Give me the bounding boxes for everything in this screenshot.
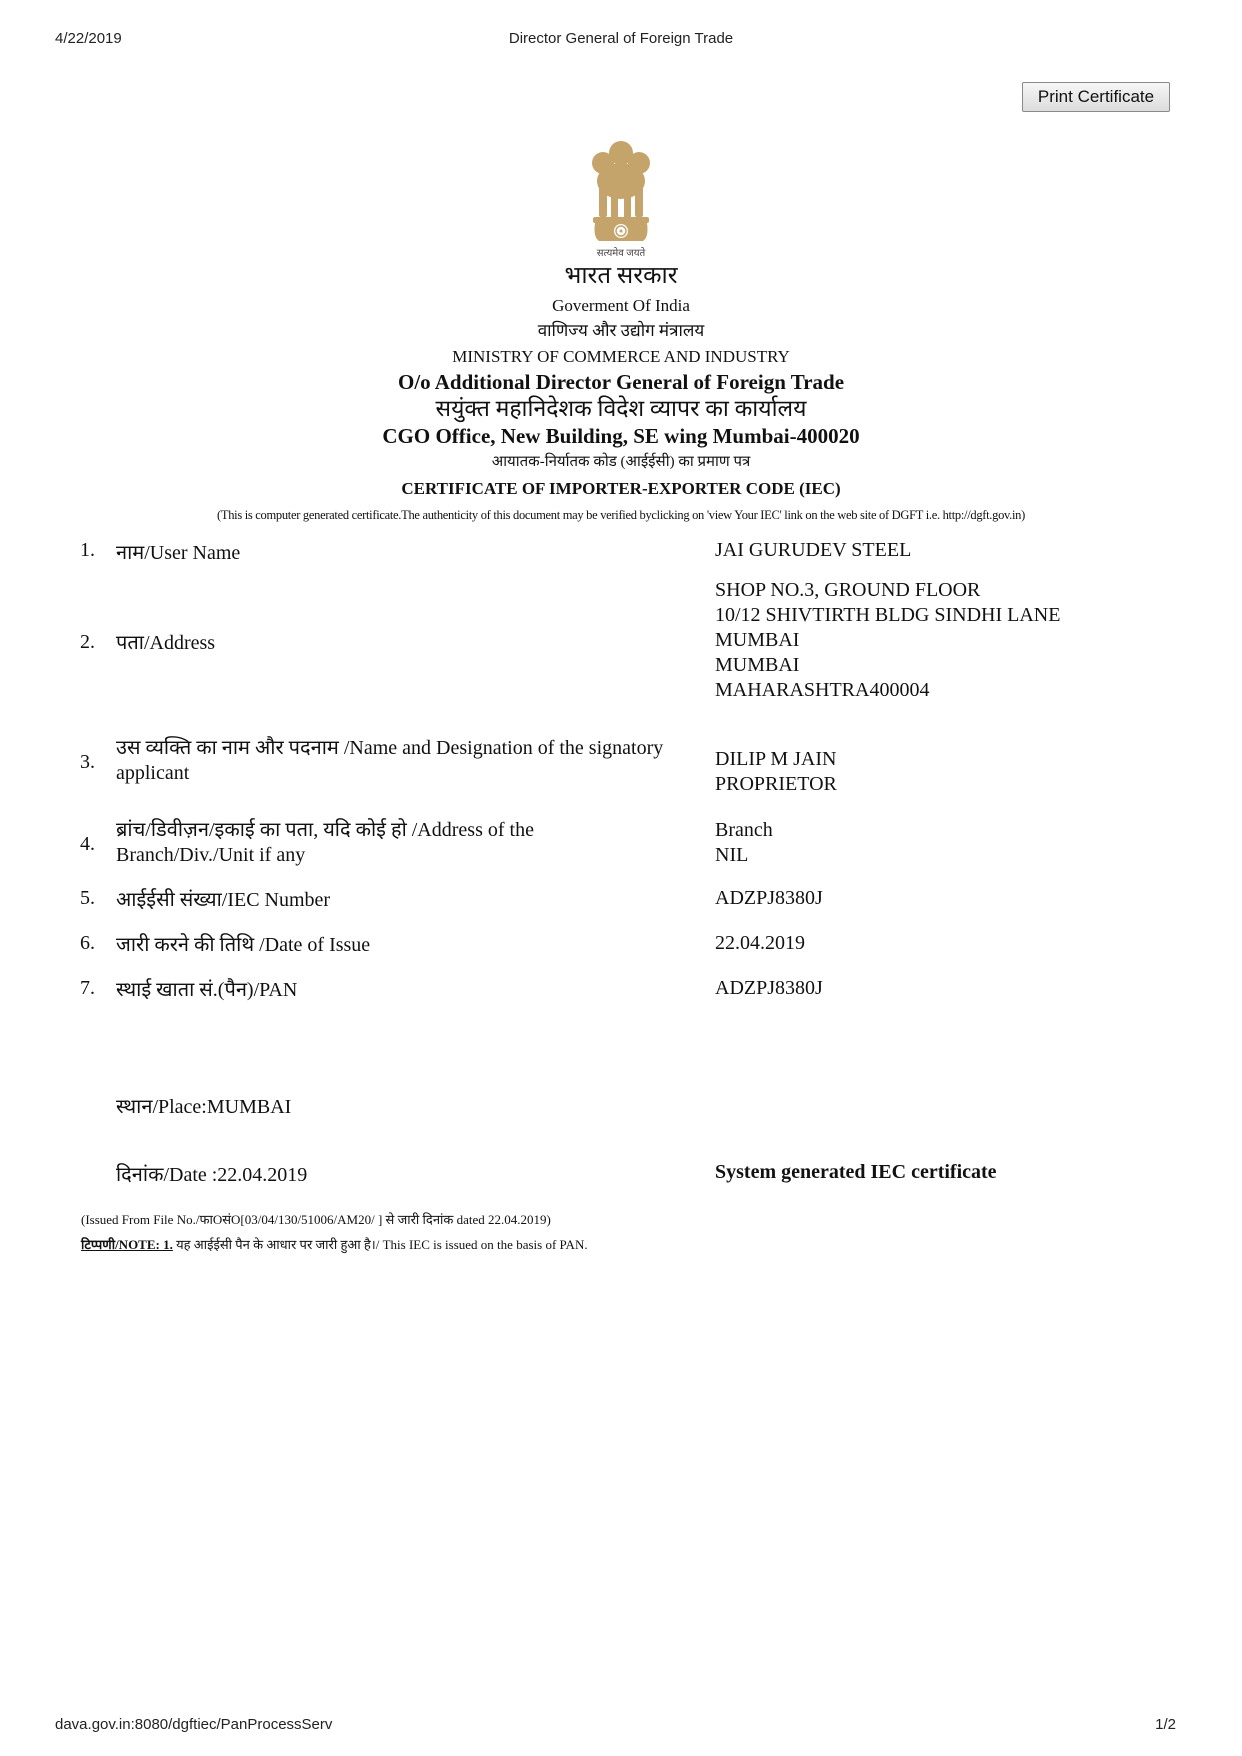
signatory-designation: PROPRIETOR (715, 772, 1215, 797)
office-english: O/o Additional Director General of Forei… (0, 369, 1242, 395)
field-label: आईईसी संख्या/IEC Number (116, 888, 676, 913)
address-line: 10/12 SHIVTIRTH BLDG SINDHI LANE (715, 603, 1215, 628)
address-line: MAHARASHTRA400004 (715, 678, 1215, 703)
certificate-title-english: CERTIFICATE OF IMPORTER-EXPORTER CODE (I… (0, 477, 1242, 501)
state-emblem-icon (585, 133, 657, 248)
gov-hindi: भारत सरकार (0, 262, 1242, 290)
emblem-motto: सत्यमेव जयते (0, 245, 1242, 259)
authenticity-note: (This is computer generated certificate.… (0, 506, 1242, 524)
field-value: SHOP NO.3, GROUND FLOOR 10/12 SHIVTIRTH … (715, 578, 1215, 703)
field-label: पता/Address (116, 631, 676, 656)
field-number: 4. (80, 832, 95, 857)
field-value: DILIP M JAIN PROPRIETOR (715, 747, 1215, 797)
system-generated-label: System generated IEC certificate (715, 1161, 997, 1184)
field-label: जारी करने की तिथि /Date of Issue (116, 933, 676, 958)
ministry-hindi: वाणिज्य और उद्योग मंत्रालय (0, 320, 1242, 342)
print-footer-url: dava.gov.in:8080/dgftiec/PanProcessServ (55, 1716, 332, 1733)
print-footer-page: 1/2 (1155, 1716, 1176, 1733)
office-hindi: सयुंक्त महानिदेशक विदेश व्यापर का कार्या… (0, 395, 1242, 423)
field-value: Branch NIL (715, 818, 1215, 868)
field-value: 22.04.2019 (715, 931, 1215, 956)
office-address: CGO Office, New Building, SE wing Mumbai… (0, 423, 1242, 449)
field-label: स्थाई खाता सं.(पैन)/PAN (116, 978, 676, 1003)
address-line: MUMBAI (715, 653, 1215, 678)
field-label: ब्रांच/डिवीज़न/इकाई का पता, यदि कोई हो /… (116, 818, 676, 868)
date-line: दिनांक/Date :22.04.2019 (116, 1163, 307, 1188)
field-number: 3. (80, 750, 95, 775)
print-header-title: Director General of Foreign Trade (0, 30, 1242, 47)
field-value: ADZPJ8380J (715, 886, 1215, 911)
field-value: ADZPJ8380J (715, 976, 1215, 1001)
field-number: 7. (80, 976, 95, 1001)
ministry-english: MINISTRY OF COMMERCE AND INDUSTRY (0, 346, 1242, 368)
field-label: उस व्यक्ति का नाम और पदनाम /Name and Des… (116, 736, 676, 786)
note-text: यह आईईसी पैन के आधार पर जारी हुआ है।/ Th… (173, 1237, 588, 1252)
field-value: JAI GURUDEV STEEL (715, 538, 1215, 563)
signatory-name: DILIP M JAIN (715, 747, 1215, 772)
note-heading: टिप्पणी/NOTE: 1. (81, 1237, 173, 1252)
address-line: SHOP NO.3, GROUND FLOOR (715, 578, 1215, 603)
branch-line: Branch (715, 818, 1215, 843)
field-number: 6. (80, 931, 95, 956)
certificate-title-hindi: आयातक-निर्यातक कोड (आईईसी) का प्रमाण पत्… (0, 451, 1242, 473)
address-line: MUMBAI (715, 628, 1215, 653)
field-number: 2. (80, 630, 95, 655)
field-label: नाम/User Name (116, 541, 676, 566)
field-number: 5. (80, 886, 95, 911)
field-number: 1. (80, 538, 95, 563)
place-line: स्थान/Place:MUMBAI (116, 1095, 291, 1120)
pan-note: टिप्पणी/NOTE: 1. यह आईईसी पैन के आधार पर… (81, 1235, 588, 1253)
gov-english: Goverment Of India (0, 295, 1242, 317)
branch-line: NIL (715, 843, 1215, 868)
issued-from-file: (Issued From File No./फाOसंO[03/04/130/5… (81, 1210, 551, 1228)
print-certificate-button[interactable]: Print Certificate (1022, 82, 1170, 112)
